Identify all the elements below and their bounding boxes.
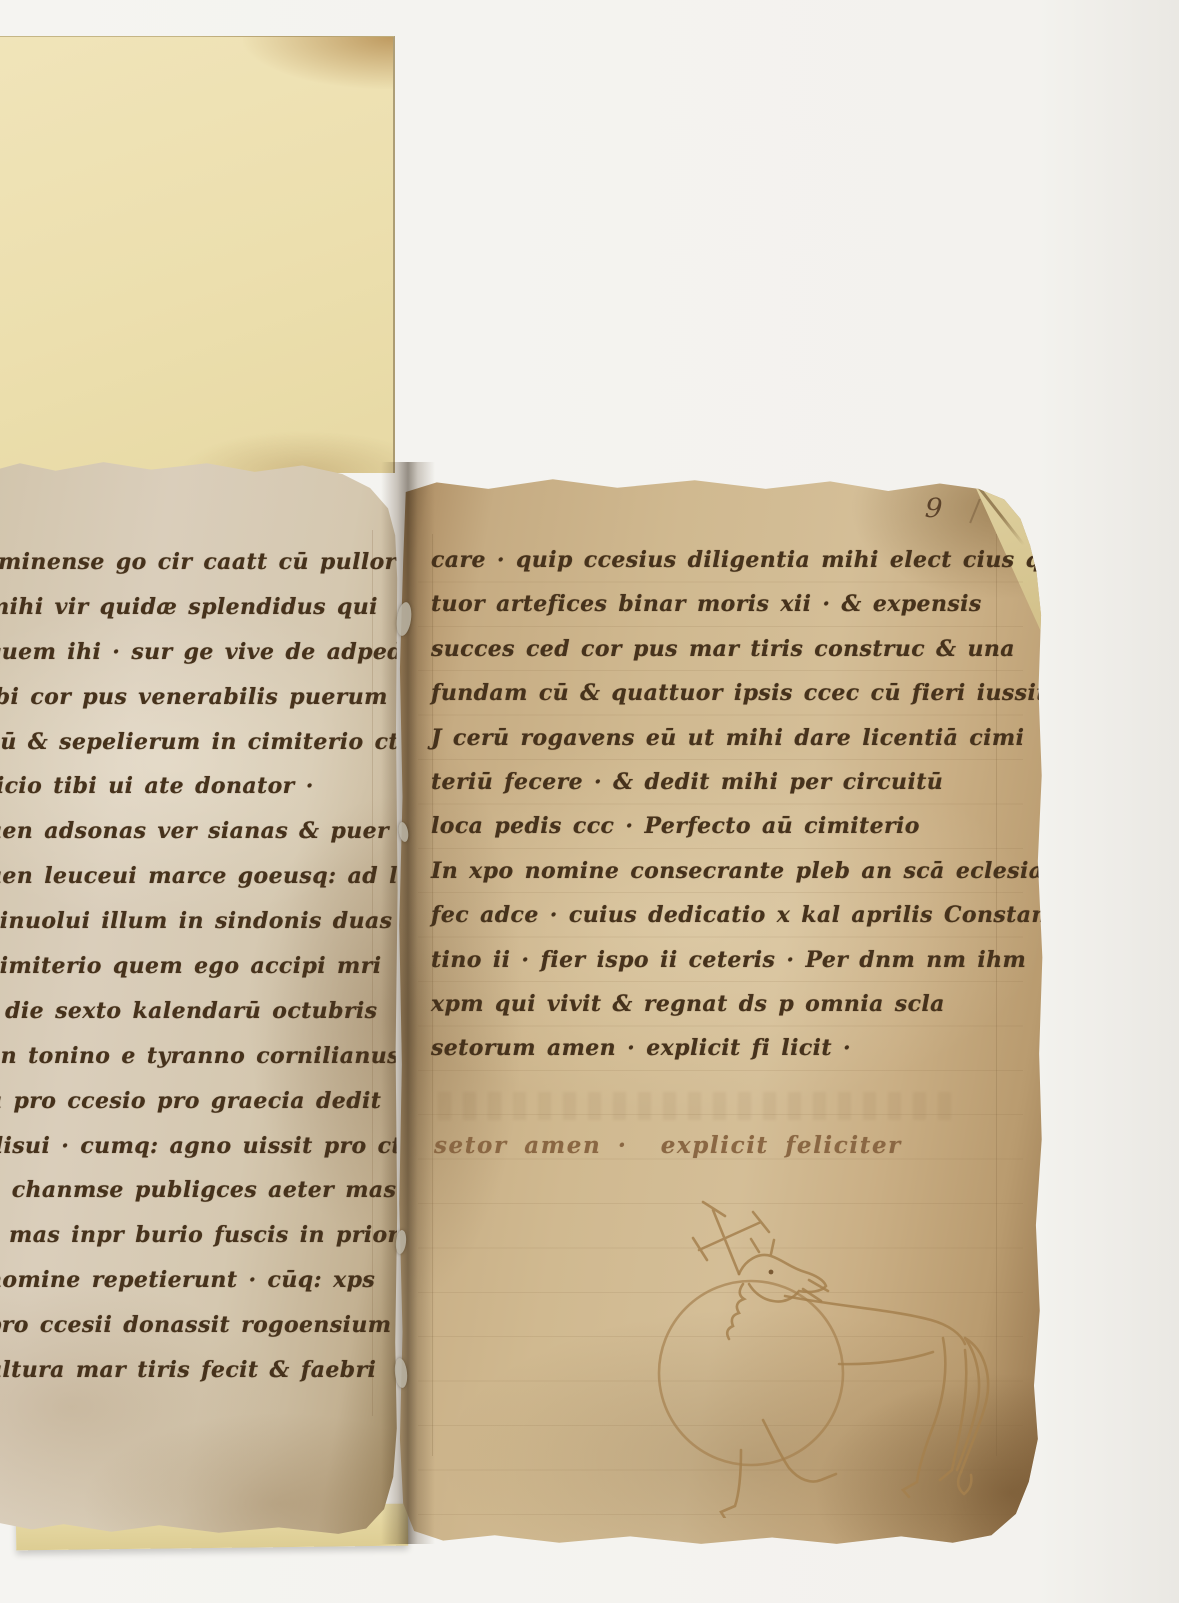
flyleaf-singe-mark [243,37,393,89]
animal-with-cross-drawing [608,1188,1008,1518]
flyleaf-sheet [0,36,395,473]
manuscript-text-line: quem ihi · sur ge vive de adpede [0,630,398,675]
manuscript-text-line: In xpo nomine consecrante pleb an scā ec… [431,849,1016,893]
cross-icon [693,1202,769,1274]
manuscript-text-line: ficio tibi ui ate donator · [0,764,398,809]
manuscript-text-line: cinuolui illum in sindonis duas [0,899,398,944]
manuscript-text-line: tuor artefices binar moris xii · & expen… [431,582,1016,626]
left-manuscript-page: rminense go cir caatt cū pullorūmihi vir… [0,460,398,1536]
manuscript-text-line: rminense go cir caatt cū pullorū [0,540,398,585]
manuscript-text-line: succes ced cor pus mar tiris construc & … [431,627,1016,671]
manuscript-text-line: mihi vir quidæ splendidus qui [0,585,398,630]
manuscript-text-line: uen adsonas ver sianas & puer ū [0,809,398,854]
manuscript-text-line: nomine repetierunt · cūq: xps [0,1258,398,1303]
right-manuscript-page: 9 care · quip ccesius diligentia mihi el… [398,476,1043,1546]
spine-fray-tuft [397,821,409,842]
explicit-colophon: setor amen · explicit feliciter [434,1132,1004,1159]
erased-text-traces [438,1092,958,1120]
manuscript-text-line: tino ii · fier ispo ii ceteris · Per dnm… [431,938,1016,982]
manuscript-text-line: care · quip ccesius diligentia mihi elec… [431,538,1016,582]
manuscript-text-line: r mas inpr burio fuscis in priore [0,1213,398,1258]
manuscript-text-line: ilisui · cumq: agno uissit pro cte [0,1124,398,1169]
beast-tail [957,1338,988,1472]
manuscript-text-line: setorum amen · explicit fi licit · [431,1026,1016,1070]
manuscript-text-line: · die sexto kalendarū octubris [0,989,398,1034]
manuscript-text-line: xpm qui vivit & regnat ds p omnia scla [431,982,1016,1026]
left-page-text-block: rminense go cir caatt cū pullorūmihi vir… [0,540,398,1393]
spine-fray-tuft [393,1357,408,1388]
manuscript-text-line: eū & sepelierum in cimiterio ctuo [0,720,398,765]
binding-gutter-shadow [381,462,435,1544]
halo-circle [659,1281,843,1465]
hind-legs [903,1338,966,1497]
manuscript-text-line: fundam cū & quattuor ipsis ccec cū fieri… [431,671,1016,715]
manuscript-text-line: uen leuceui marce goeusq: ad lo [0,854,398,899]
mane-scribble [727,1284,744,1339]
manuscript-text-line: teriū fecere · & dedit mihi per circuitū [431,760,1016,804]
manuscript-text-line: ibi cor pus venerabilis puerum [0,675,398,720]
manuscript-text-line: J cerū rogavens eū ut mihi dare licentiā… [431,716,1016,760]
manuscript-text-line: a chanmse publigces aeter mas fur [0,1168,398,1213]
manuscript-text-line: an tonino e tyranno cornilianus [0,1034,398,1079]
manuscript-text-line: ultura mar tiris fecit & faebri [0,1348,398,1393]
manuscript-text-line: fec adce · cuius dedicatio x kal aprilis… [431,893,1016,937]
manuscript-text-line: loca pedis ccc · Perfecto aū cimiterio [431,804,1016,848]
manuscript-text-line: ū pro ccesio pro graecia dedit [0,1079,398,1124]
spine-fray-tuft [395,1230,407,1255]
folio-number: 9 [924,493,966,527]
manuscript-text-line: cimiterio quem ego accipi mri [0,944,398,989]
photo-backdrop: rminense go cir caatt cū pullorūmihi vir… [0,0,1179,1603]
spine-fray-tuft [395,601,414,637]
corner-pen-mark [969,499,981,524]
manuscript-text-line: pro ccesii donassit rogoensium [0,1303,398,1348]
right-page-text-block: care · quip ccesius diligentia mihi elec… [431,538,1016,1071]
